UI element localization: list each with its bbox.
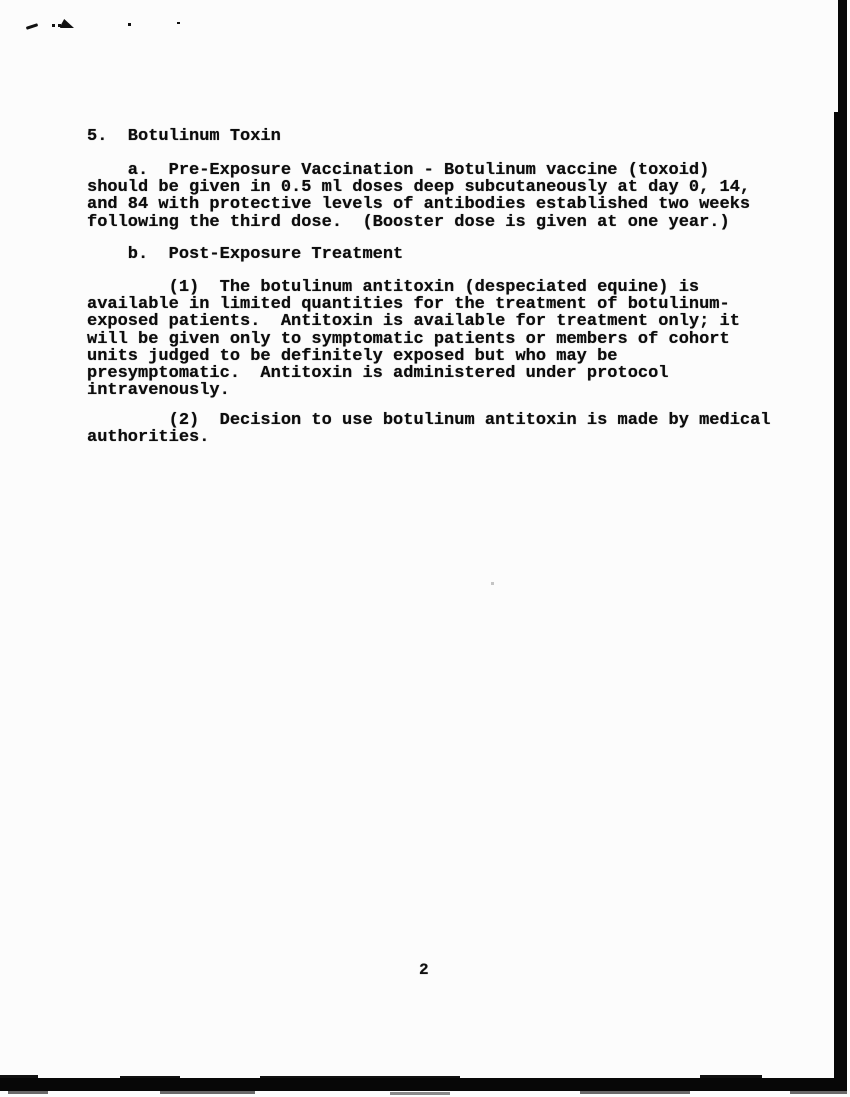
section-heading: 5. Botulinum Toxin [87,128,281,145]
paragraph-antitoxin-availability: (1) The botulinum antitoxin (despeciated… [87,279,740,399]
paragraph-pre-exposure-vaccination: a. Pre-Exposure Vaccination - Botulinum … [87,162,750,231]
scan-speck [491,582,494,585]
paragraph-antitoxin-decision: (2) Decision to use botulinum antitoxin … [87,412,771,446]
scan-border-right-notch [834,0,838,112]
scan-border-bottom [0,1078,847,1091]
scan-border-gray-dash [790,1091,847,1094]
scan-border-right [834,0,847,1092]
scan-speck [52,24,55,27]
scan-border-gray-dash [390,1092,450,1095]
scan-border-gray-dash [160,1091,255,1094]
scan-speck [60,19,74,28]
scan-border-gray-dash [580,1091,690,1094]
page-number: 2 [419,961,429,979]
scan-border-gray-dash [8,1091,48,1094]
paragraph-post-exposure-treatment-heading: b. Post-Exposure Treatment [87,246,403,263]
scan-speck [128,23,131,26]
scan-speck [26,23,38,30]
scan-speck [177,22,180,24]
scanned-document-page: 5. Botulinum Toxin a. Pre-Exposure Vacci… [0,0,850,1097]
